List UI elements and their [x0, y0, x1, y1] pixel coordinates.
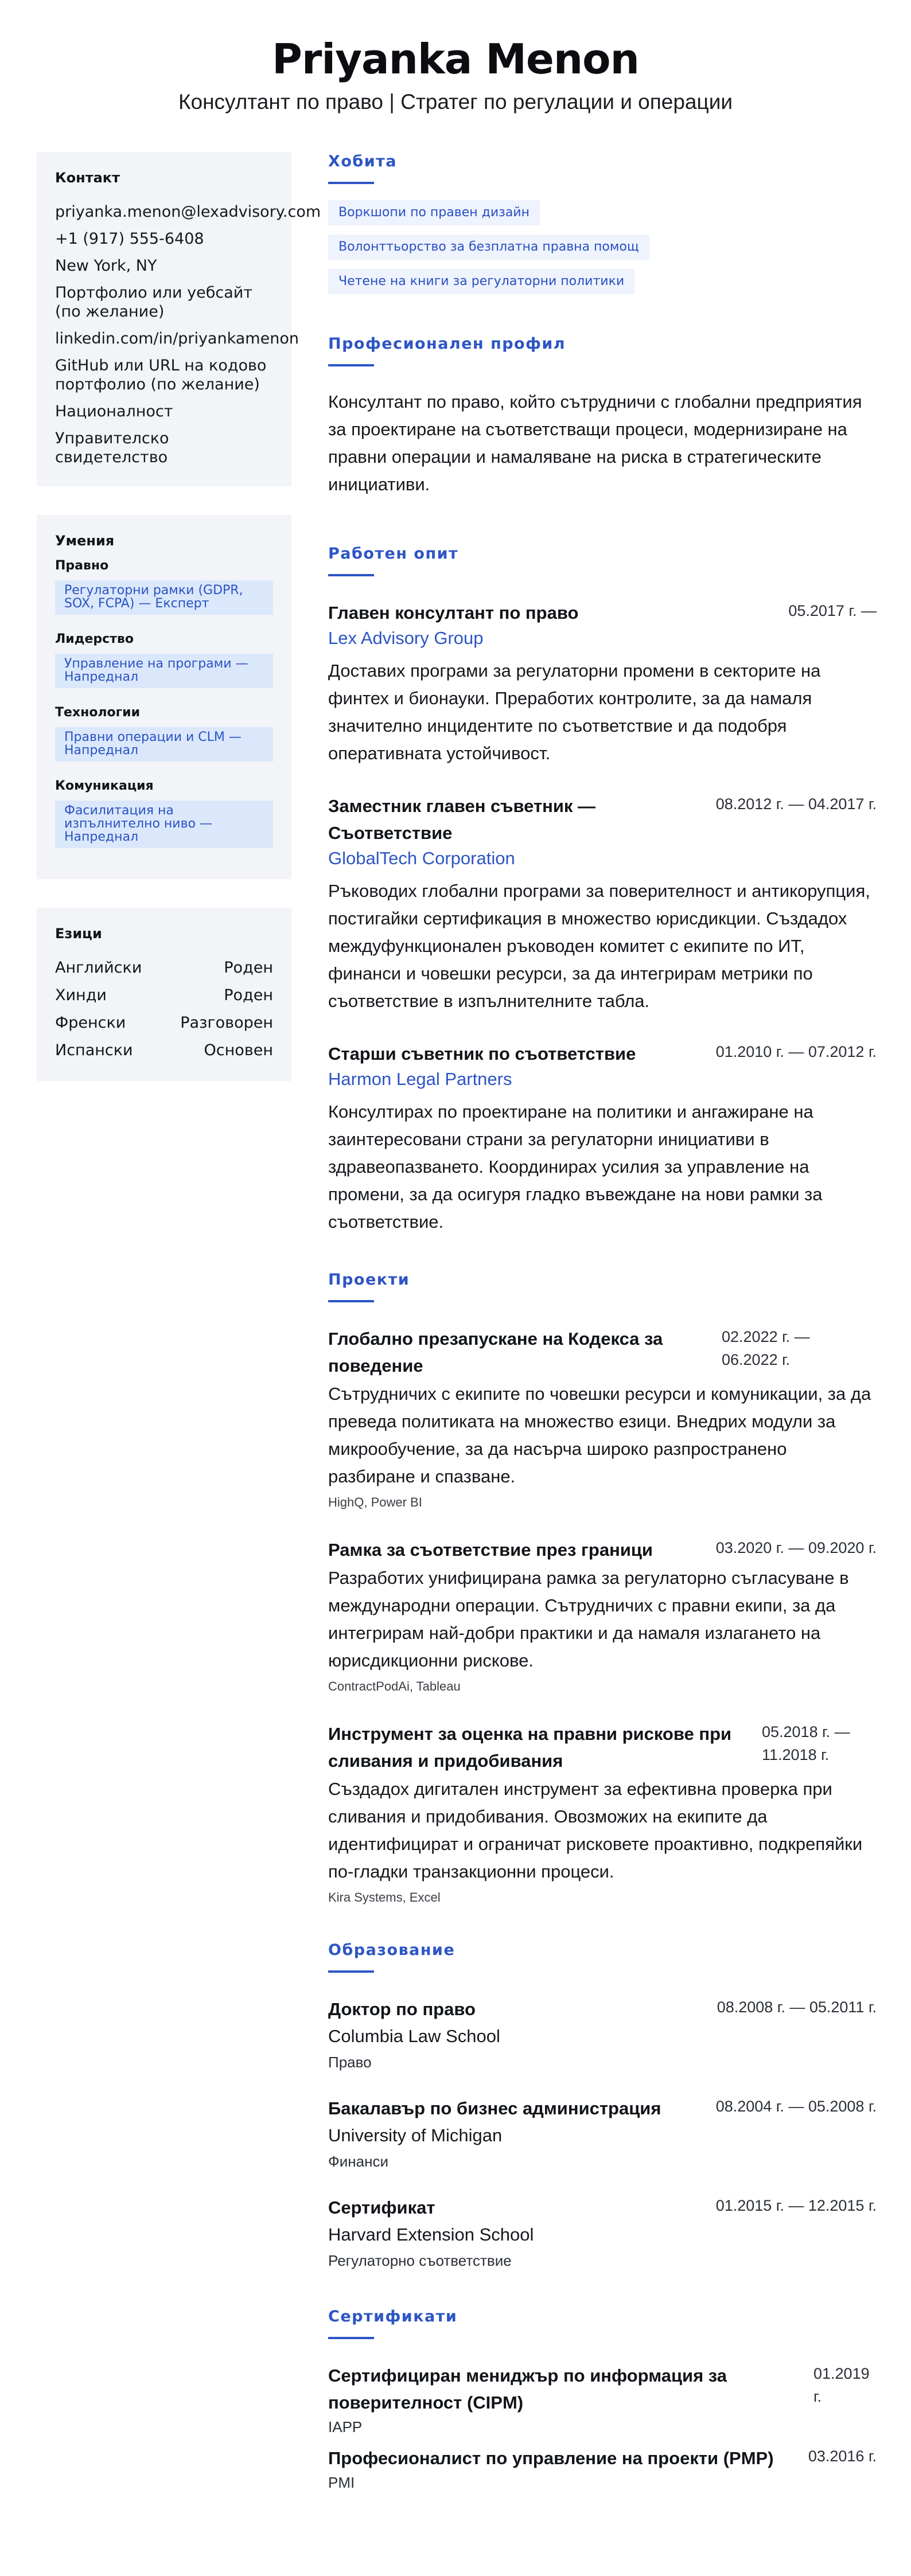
- hobbies-section: Хобита Воркшопи по правен дизайн Волонтт…: [328, 152, 877, 294]
- language-level: Основен: [204, 1041, 273, 1060]
- project-tools: HighQ, Power BI: [328, 1494, 877, 1511]
- degree-title: Бакалавър по бизнес администрация: [328, 2095, 661, 2122]
- contact-phone[interactable]: +1 (917) 555-6408: [55, 229, 273, 248]
- project-entry: Рамка за съответствие през граници 03.20…: [328, 1536, 877, 1695]
- certification-entry: Сертифициран мениджър по информация за п…: [328, 2362, 877, 2438]
- language-name: Английски: [55, 958, 142, 977]
- certification-issuer: IAPP: [328, 2416, 877, 2438]
- experience-section: Работен опит Главен консултант по право …: [328, 544, 877, 1236]
- section-divider: [328, 364, 374, 366]
- job-dates: 08.2012 г. — 04.2017 г.: [716, 793, 877, 815]
- contact-license: Управителско свидетелство: [55, 429, 273, 467]
- language-name: Френски: [55, 1013, 126, 1032]
- skill-chip: Правни операции и CLM — Напреднал: [55, 727, 273, 762]
- degree-title: Доктор по право: [328, 1996, 476, 2023]
- contact-github[interactable]: GitHub или URL на кодово портфолио (по ж…: [55, 356, 273, 394]
- job-description: Доставих програми за регулаторни промени…: [328, 657, 877, 767]
- candidate-subtitle: Консултант по право | Стратег по регулац…: [0, 88, 911, 116]
- project-description: Сътрудничих с екипите по човешки ресурси…: [328, 1380, 877, 1490]
- skill-chip: Фасилитация на изпълнително ниво — Напре…: [55, 801, 273, 848]
- contact-portfolio[interactable]: Портфолио или уебсайт (по желание): [55, 283, 273, 321]
- project-dates: 03.2020 г. — 09.2020 г.: [716, 1536, 877, 1559]
- company-name: Lex Advisory Group: [328, 626, 877, 650]
- project-tools: Kira Systems, Excel: [328, 1889, 877, 1906]
- field-of-study: Регулаторно съответствие: [328, 2249, 877, 2273]
- hobby-chip: Воркшопи по правен дизайн: [328, 200, 540, 225]
- education-entry: Доктор по право 08.2008 г. — 05.2011 г. …: [328, 1996, 877, 2074]
- language-name: Испански: [55, 1041, 133, 1060]
- hobbies-title: Хобита: [328, 152, 877, 171]
- language-row: Френски Разговорен: [55, 1013, 273, 1032]
- profile-section: Професионален профил Консултант по право…: [328, 334, 877, 498]
- hobby-chip: Волонттьорство за безплатна правна помощ: [328, 235, 649, 260]
- project-entry: Глобално презапускане на Кодекса за пове…: [328, 1325, 877, 1511]
- project-description: Създадох дигитален инструмент за ефектив…: [328, 1775, 877, 1886]
- certification-issuer: PMI: [328, 2472, 877, 2493]
- language-row: Испански Основен: [55, 1041, 273, 1060]
- section-divider: [328, 2337, 374, 2339]
- project-entry: Инструмент за оценка на правни рискове п…: [328, 1720, 877, 1906]
- project-dates: 05.2018 г. — 11.2018 г.: [762, 1720, 871, 1766]
- project-title: Глобално презапускане на Кодекса за пове…: [328, 1325, 695, 1379]
- language-level: Роден: [224, 958, 273, 977]
- skills-title: Умения: [55, 532, 273, 549]
- certification-entry: Професионалист по управление на проекти …: [328, 2445, 877, 2493]
- certification-date: 03.2016 г.: [808, 2445, 877, 2468]
- certifications-section: Сертификати Сертифициран мениджър по инф…: [328, 2307, 877, 2493]
- profile-text: Консултант по право, който сътрудничи с …: [328, 388, 877, 498]
- contact-nationality: Националност: [55, 402, 273, 421]
- contact-email[interactable]: priyanka.menon@lexadvisory.com: [55, 202, 273, 221]
- certification-date: 01.2019 г.: [813, 2362, 877, 2408]
- job-title: Заместник главен съветник — Съответствие: [328, 793, 649, 846]
- resume-body: Контакт priyanka.menon@lexadvisory.com +…: [37, 152, 877, 2528]
- education-dates: 01.2015 г. — 12.2015 г.: [716, 2194, 877, 2217]
- school-name: Columbia Law School: [328, 2023, 877, 2050]
- skill-group-title: Технологии: [55, 705, 273, 720]
- field-of-study: Финанси: [328, 2149, 877, 2173]
- education-entry: Бакалавър по бизнес администрация 08.200…: [328, 2095, 877, 2173]
- projects-title: Проекти: [328, 1270, 877, 1290]
- education-dates: 08.2004 г. — 05.2008 г.: [716, 2095, 877, 2118]
- project-title: Рамка за съответствие през граници: [328, 1536, 653, 1563]
- hobby-chip: Четене на книги за регулаторни политики: [328, 269, 634, 294]
- project-title: Инструмент за оценка на правни рискове п…: [328, 1720, 750, 1774]
- company-name: GlobalTech Corporation: [328, 846, 877, 871]
- candidate-name: Priyanka Menon: [0, 33, 911, 85]
- certification-name: Сертифициран мениджър по информация за п…: [328, 2362, 764, 2416]
- main-content: Хобита Воркшопи по правен дизайн Волонтт…: [328, 152, 877, 2528]
- languages-card: Езици Английски Роден Хинди Роден Френск…: [37, 908, 291, 1081]
- languages-title: Езици: [55, 925, 273, 942]
- school-name: University of Michigan: [328, 2122, 877, 2149]
- education-dates: 08.2008 г. — 05.2011 г.: [717, 1996, 877, 2019]
- experience-entry: Заместник главен съветник — Съответствие…: [328, 793, 877, 1015]
- job-dates: 01.2010 г. — 07.2012 г.: [716, 1040, 877, 1063]
- language-level: Роден: [224, 986, 273, 1005]
- sidebar: Контакт priyanka.menon@lexadvisory.com +…: [37, 152, 291, 2528]
- skill-group-title: Правно: [55, 559, 273, 573]
- language-level: Разговорен: [180, 1013, 273, 1032]
- skill-chip: Регулаторни рамки (GDPR, SOX, FCPA) — Ек…: [55, 580, 273, 615]
- project-dates: 02.2022 г. — 06.2022 г.: [722, 1325, 831, 1371]
- project-tools: ContractPodAi, Tableau: [328, 1678, 877, 1695]
- skill-group: Технологии Правни операции и CLM — Напре…: [55, 705, 273, 762]
- education-title: Образование: [328, 1941, 877, 1960]
- certifications-title: Сертификати: [328, 2307, 877, 2327]
- job-title: Старши съветник по съответствие: [328, 1040, 636, 1067]
- contact-location: New York, NY: [55, 256, 273, 275]
- skill-group: Комуникация Фасилитация на изпълнително …: [55, 779, 273, 848]
- language-row: Английски Роден: [55, 958, 273, 977]
- resume-header: Priyanka Menon Консултант по право | Стр…: [0, 0, 911, 116]
- job-description: Ръководих глобални програми за поверител…: [328, 877, 877, 1015]
- contact-card: Контакт priyanka.menon@lexadvisory.com +…: [37, 152, 291, 486]
- section-divider: [328, 1300, 374, 1302]
- section-divider: [328, 574, 374, 576]
- projects-section: Проекти Глобално презапускане на Кодекса…: [328, 1270, 877, 1906]
- school-name: Harvard Extension School: [328, 2221, 877, 2249]
- field-of-study: Право: [328, 2050, 877, 2074]
- certification-name: Професионалист по управление на проекти …: [328, 2445, 774, 2472]
- education-entry: Сертификат 01.2015 г. — 12.2015 г. Harva…: [328, 2194, 877, 2273]
- language-row: Хинди Роден: [55, 986, 273, 1005]
- contact-linkedin[interactable]: linkedin.com/in/priyankamenon: [55, 329, 273, 348]
- project-description: Разработих унифицирана рамка за регулато…: [328, 1564, 877, 1675]
- job-description: Консултирах по проектиране на политики и…: [328, 1098, 877, 1236]
- section-divider: [328, 1970, 374, 1973]
- degree-title: Сертификат: [328, 2194, 435, 2221]
- job-dates: 05.2017 г. —: [788, 599, 877, 622]
- skill-group: Лидерство Управление на програми — Напре…: [55, 632, 273, 688]
- education-section: Образование Доктор по право 08.2008 г. —…: [328, 1941, 877, 2273]
- skill-group: Правно Регулаторни рамки (GDPR, SOX, FCP…: [55, 559, 273, 615]
- profile-title: Професионален профил: [328, 334, 877, 354]
- language-name: Хинди: [55, 986, 107, 1005]
- skills-card: Умения Правно Регулаторни рамки (GDPR, S…: [37, 515, 291, 879]
- company-name: Harmon Legal Partners: [328, 1067, 877, 1091]
- contact-title: Контакт: [55, 169, 273, 186]
- skill-group-title: Комуникация: [55, 779, 273, 794]
- experience-entry: Главен консултант по право 05.2017 г. — …: [328, 599, 877, 767]
- section-divider: [328, 182, 374, 184]
- experience-title: Работен опит: [328, 544, 877, 564]
- skill-chip: Управление на програми — Напреднал: [55, 654, 273, 688]
- experience-entry: Старши съветник по съответствие 01.2010 …: [328, 1040, 877, 1236]
- skill-group-title: Лидерство: [55, 632, 273, 647]
- job-title: Главен консултант по право: [328, 599, 578, 626]
